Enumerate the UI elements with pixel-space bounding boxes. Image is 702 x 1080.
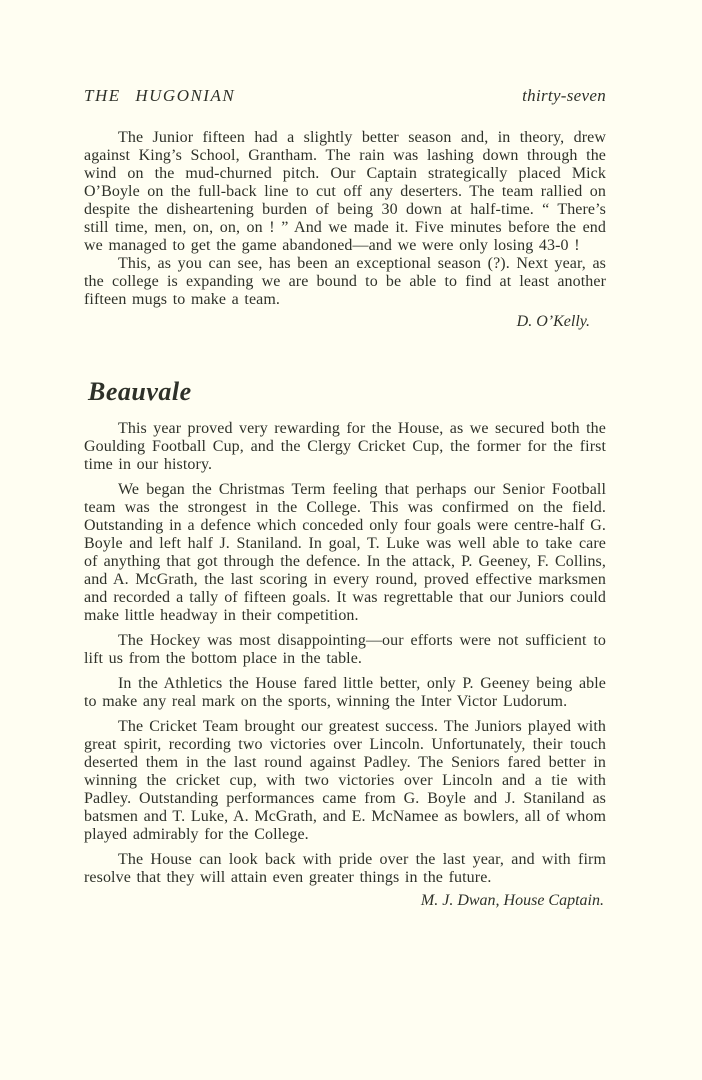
paragraph: This, as you can see, has been an except…: [84, 255, 606, 309]
author-signature: M. J. Dwan, House Captain.: [84, 892, 606, 910]
paragraph: In the Athletics the House fared little …: [84, 675, 606, 711]
section-heading: Beauvale: [88, 378, 606, 406]
page-number: thirty-seven: [522, 86, 606, 106]
magazine-page: THE HUGONIAN thirty-seven The Junior fif…: [0, 0, 702, 1080]
article-beauvale-house-report: Beauvale This year proved very rewarding…: [84, 378, 606, 910]
paragraph: This year proved very rewarding for the …: [84, 420, 606, 474]
paragraph: The Hockey was most disappointing—our ef…: [84, 632, 606, 668]
paragraph: The House can look back with pride over …: [84, 851, 606, 887]
page-header: THE HUGONIAN thirty-seven: [84, 86, 606, 106]
author-signature: D. O’Kelly.: [84, 313, 606, 331]
paragraph: The Junior fifteen had a slightly better…: [84, 129, 606, 255]
paragraph: The Cricket Team brought our greatest su…: [84, 718, 606, 844]
article-junior-fifteen-report: The Junior fifteen had a slightly better…: [84, 129, 606, 331]
journal-title: THE HUGONIAN: [84, 86, 235, 106]
paragraph: We began the Christmas Term feeling that…: [84, 481, 606, 625]
